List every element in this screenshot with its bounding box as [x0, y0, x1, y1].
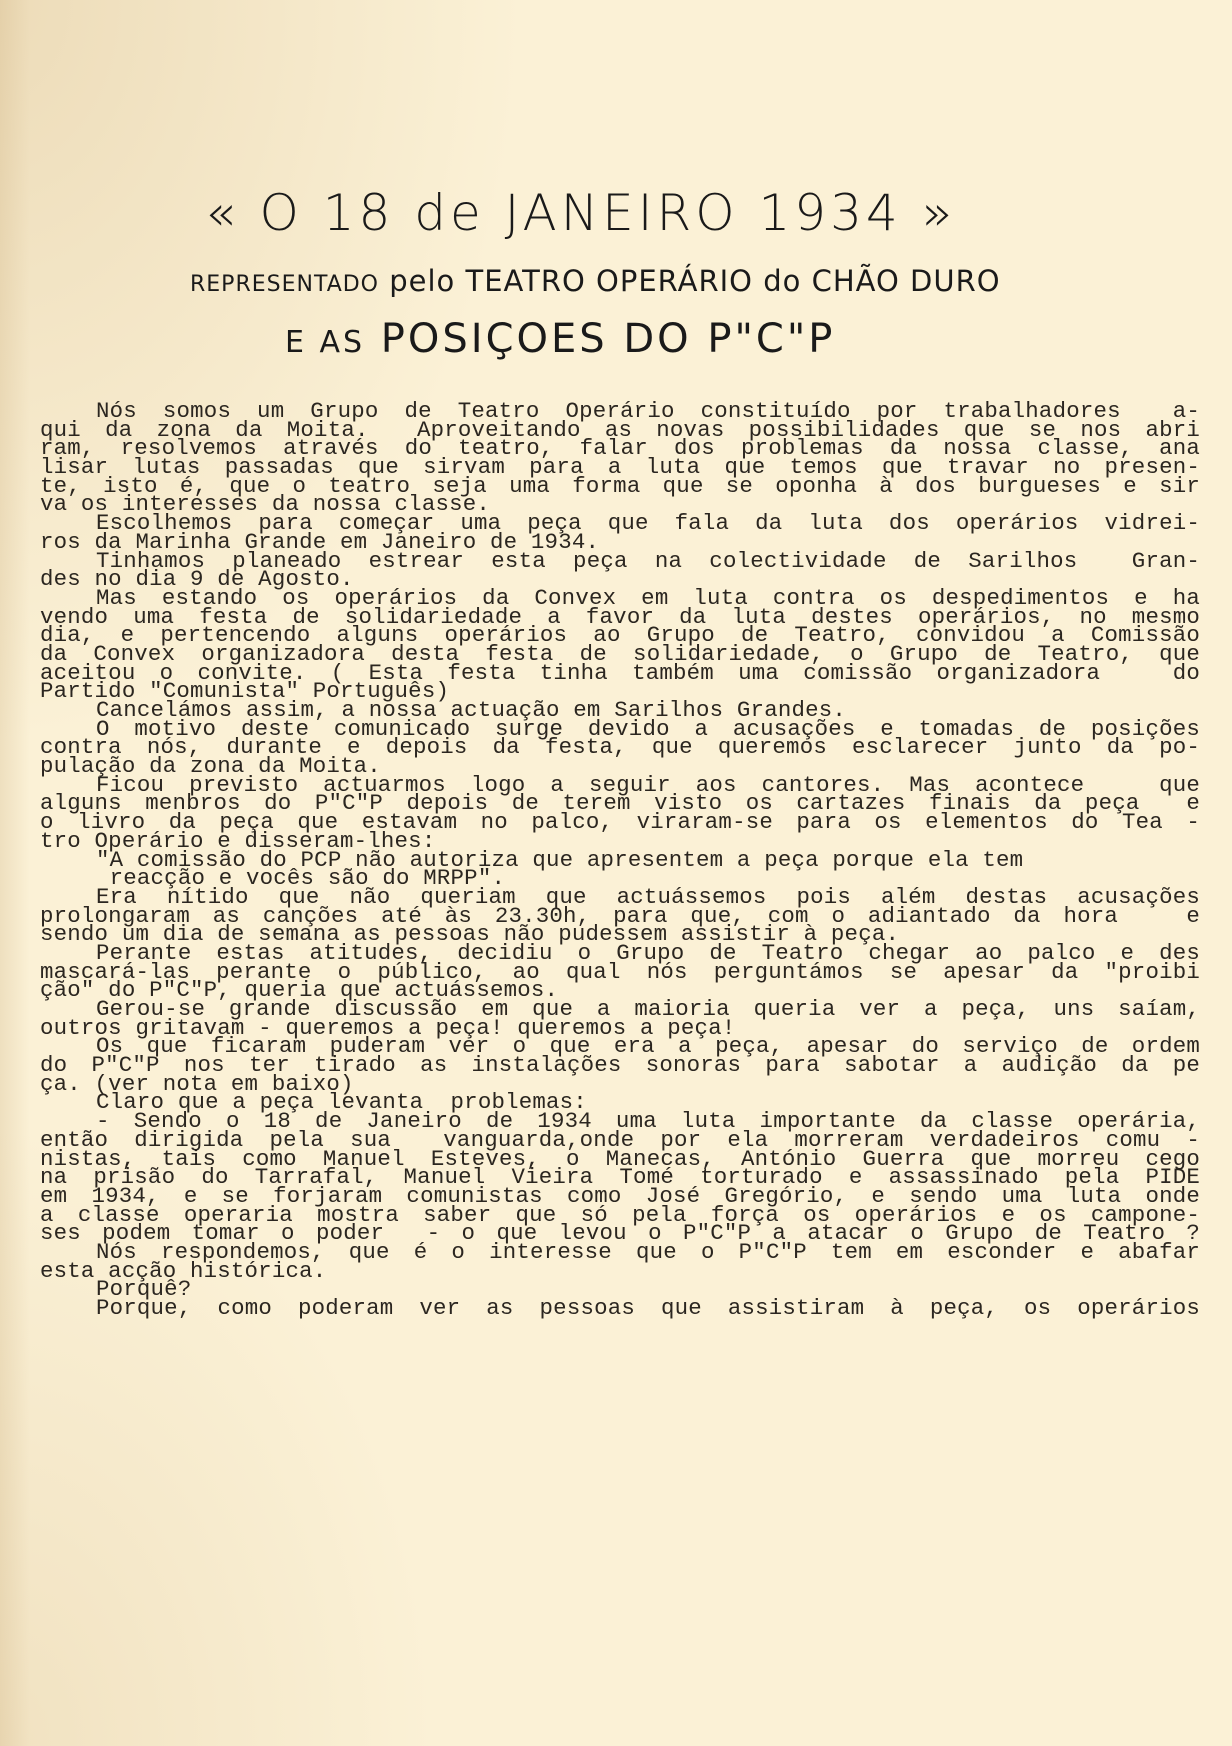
text-line: Porque, como poderam ver as pessoas que … [40, 1299, 1200, 1318]
title-line-3: E AS POSIÇOES DO P"C"P [285, 316, 835, 362]
title-line-3-mid: POSIÇOES DO [381, 316, 692, 362]
title-line-2-prefix: REPRESENTADO [190, 272, 379, 297]
title-line-2: REPRESENTADO pelo TEATRO OPERÁRIO do CHÃ… [190, 264, 1001, 298]
title-line-1: « O 18 de JANEIRO 1934 » [205, 184, 956, 242]
body-text: Nós somos um Grupo de Teatro Operário co… [40, 402, 1200, 1318]
title-line-3-prefix: E AS [285, 325, 365, 360]
title-line-3-rest: P"C"P [707, 316, 835, 362]
title-line-2-rest: TEATRO OPERÁRIO do CHÃO DURO [466, 264, 1001, 298]
title-line-2-mid: pelo [389, 264, 455, 298]
